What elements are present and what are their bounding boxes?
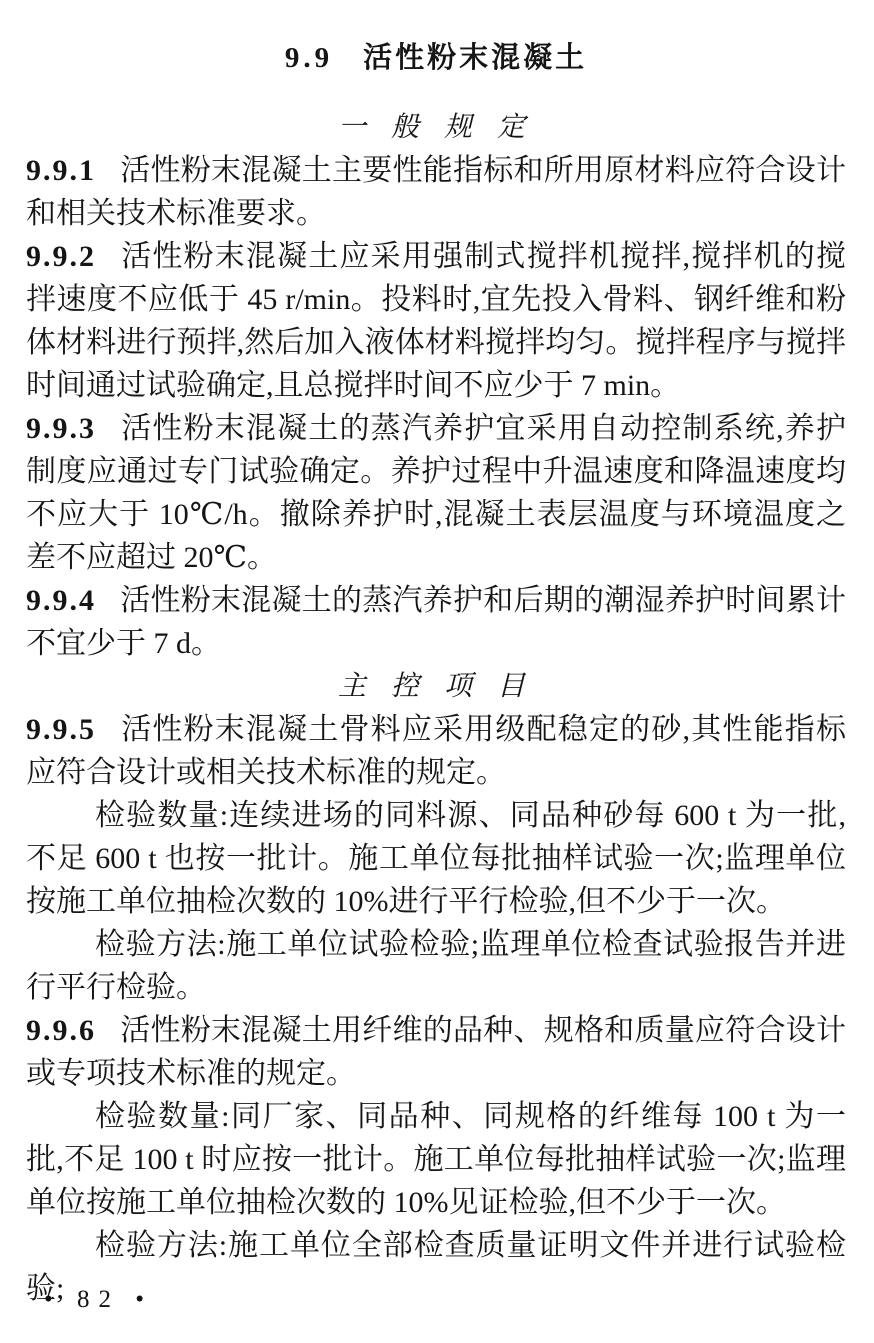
clause-9-9-2: 9.9.2活性粉末混凝土应采用强制式搅拌机搅拌,搅拌机的搅拌速度不应低于 45 … [26, 235, 846, 407]
clause-text: 活性粉末混凝土的蒸汽养护宜采用自动控制系统,养护制度应通过专门试验确定。养护过程… [26, 412, 846, 574]
clause-number: 9.9.2 [26, 240, 96, 273]
clause-number: 9.9.5 [26, 713, 96, 746]
clause-text: 活性粉末混凝土应采用强制式搅拌机搅拌,搅拌机的搅拌速度不应低于 45 r/min… [26, 240, 846, 402]
clause-number: 9.9.4 [26, 584, 96, 617]
inspection-quantity-9-9-5: 检验数量:连续进场的同料源、同品种砂每 600 t 为一批,不足 600 t 也… [26, 794, 846, 923]
inspection-method-9-9-5: 检验方法:施工单位试验检验;监理单位检查试验报告并进行平行检验。 [26, 923, 846, 1009]
clause-number: 9.9.3 [26, 412, 96, 445]
clause-number: 9.9.1 [26, 154, 96, 187]
inspection-quantity-9-9-6: 检验数量:同厂家、同品种、同规格的纤维每 100 t 为一批,不足 100 t … [26, 1095, 846, 1224]
clause-text: 活性粉末混凝土用纤维的品种、规格和质量应符合设计或专项技术标准的规定。 [26, 1014, 846, 1090]
section-number: 9.9 [285, 42, 333, 74]
clause-text: 活性粉末混凝土主要性能指标和所用原材料应符合设计和相关技术标准要求。 [26, 154, 846, 230]
clause-text: 活性粉末混凝土的蒸汽养护和后期的潮湿养护时间累计不宜少于 7 d。 [26, 584, 846, 660]
clause-9-9-5: 9.9.5活性粉末混凝土骨料应采用级配稳定的砂,其性能指标应符合设计或相关技术标… [26, 708, 846, 794]
section-title-text: 活性粉末混凝土 [363, 42, 587, 74]
clause-number: 9.9.6 [26, 1014, 96, 1047]
page-number: • 82 • [44, 1286, 153, 1314]
clause-9-9-3: 9.9.3活性粉末混凝土的蒸汽养护宜采用自动控制系统,养护制度应通过专门试验确定… [26, 407, 846, 579]
clause-text: 活性粉末混凝土骨料应采用级配稳定的砂,其性能指标应符合设计或相关技术标准的规定。 [26, 713, 846, 789]
clause-9-9-6: 9.9.6活性粉末混凝土用纤维的品种、规格和质量应符合设计或专项技术标准的规定。 [26, 1009, 846, 1095]
heading-main-control-items: 主 控 项 目 [26, 665, 846, 708]
clause-9-9-4: 9.9.4活性粉末混凝土的蒸汽养护和后期的潮湿养护时间累计不宜少于 7 d。 [26, 579, 846, 665]
document-page: 9.9活性粉末混凝土 一 般 规 定 9.9.1活性粉末混凝土主要性能指标和所用… [0, 0, 874, 1343]
heading-general-provisions: 一 般 规 定 [26, 106, 846, 149]
clause-9-9-1: 9.9.1活性粉末混凝土主要性能指标和所用原材料应符合设计和相关技术标准要求。 [26, 149, 846, 235]
section-title: 9.9活性粉末混凝土 [26, 36, 846, 80]
